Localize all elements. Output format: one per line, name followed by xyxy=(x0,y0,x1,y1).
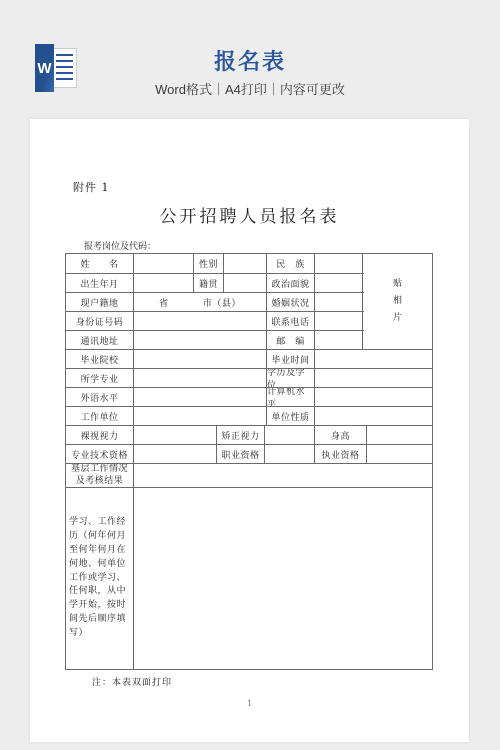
input-foreign-language[interactable] xyxy=(133,388,266,406)
table-row: 学习、工作经历（何年何月至何年何月在何地、何单位工作或学习、任何职，从中学开始，… xyxy=(66,487,432,669)
table-row: 身份证号码 联系电话 xyxy=(66,311,364,330)
city-county-label: 市（县） xyxy=(203,296,241,309)
label-computer-level: 计算机水平 xyxy=(266,388,314,406)
input-graduate-school[interactable] xyxy=(133,350,266,368)
label-mailing-address: 通讯地址 xyxy=(66,331,133,349)
label-grassroots-work: 基层工作情况及考核结果 xyxy=(66,464,133,487)
label-household-registration: 现户籍地 xyxy=(66,293,133,311)
label-foreign-language: 外语水平 xyxy=(66,388,133,406)
application-table: 姓 名 性别 民 族 出生年月 籍贯 政治面貌 现户籍地 省 市（县） xyxy=(65,253,433,670)
table-row: 专业技术资格 职业资格 执业资格 xyxy=(66,444,432,463)
input-work-unit[interactable] xyxy=(133,407,266,425)
table-upper-section: 姓 名 性别 民 族 出生年月 籍贯 政治面貌 现户籍地 省 市（县） xyxy=(66,254,364,349)
photo-cell[interactable]: 贴相片 xyxy=(362,254,432,349)
table-row: 所学专业 学历及学位 xyxy=(66,368,432,387)
label-work-unit: 工作单位 xyxy=(66,407,133,425)
table-row: 毕业院校 毕业时间 xyxy=(66,349,432,368)
form-title: 公开招聘人员报名表 xyxy=(30,202,469,227)
label-unit-type: 单位性质 xyxy=(266,407,314,425)
page-number: 1 xyxy=(30,699,469,708)
input-contact-phone[interactable] xyxy=(314,312,364,330)
document-page: 附件 1 公开招聘人员报名表 报考岗位及代码： 姓 名 性别 民 族 出生年月 … xyxy=(30,119,469,742)
input-unit-type[interactable] xyxy=(314,407,432,425)
table-lower-section: 毕业院校 毕业时间 所学专业 学历及学位 外语水平 计算机水平 工作单位 单位 xyxy=(66,349,432,669)
double-sided-note: 注：本表双面打印 xyxy=(92,675,172,688)
input-ethnicity[interactable] xyxy=(314,254,364,273)
label-practice-qualification: 执业资格 xyxy=(314,445,366,463)
label-id-number: 身份证号码 xyxy=(66,312,133,330)
input-marital-status[interactable] xyxy=(314,293,364,311)
input-mailing-address[interactable] xyxy=(133,331,266,349)
label-native-place: 籍贯 xyxy=(193,274,223,292)
input-naked-vision[interactable] xyxy=(133,426,216,444)
label-experience: 学习、工作经历（何年何月至何年何月在何地、何单位工作或学习、任何职，从中学开始，… xyxy=(66,488,133,669)
label-ethnicity: 民 族 xyxy=(266,254,314,273)
input-practice-qualification[interactable] xyxy=(366,445,432,463)
label-gender: 性别 xyxy=(193,254,223,273)
input-education-degree[interactable] xyxy=(314,369,432,387)
input-native-place[interactable] xyxy=(223,274,266,292)
position-code-label: 报考岗位及代码： xyxy=(84,239,156,252)
table-row: 外语水平 计算机水平 xyxy=(66,387,432,406)
label-name: 姓 名 xyxy=(66,254,133,273)
input-professional-qualification[interactable] xyxy=(133,445,216,463)
label-height: 身高 xyxy=(314,426,366,444)
label-marital-status: 婚姻状况 xyxy=(266,293,314,311)
label-contact-phone: 联系电话 xyxy=(266,312,314,330)
input-postal-code[interactable] xyxy=(314,331,364,349)
attachment-label: 附件 1 xyxy=(73,179,110,195)
table-row: 姓 名 性别 民 族 xyxy=(66,254,364,273)
input-vocational-qualification[interactable] xyxy=(264,445,314,463)
template-title: 报名表 xyxy=(0,45,500,76)
label-education-degree: 学历及学位 xyxy=(266,369,314,387)
table-row: 出生年月 籍贯 政治面貌 xyxy=(66,273,364,292)
input-experience[interactable] xyxy=(133,488,432,669)
province-label: 省 xyxy=(159,296,169,309)
label-professional-qualification: 专业技术资格 xyxy=(66,445,133,463)
input-gender[interactable] xyxy=(223,254,266,273)
label-major: 所学专业 xyxy=(66,369,133,387)
input-id-number[interactable] xyxy=(133,312,266,330)
label-graduate-school: 毕业院校 xyxy=(66,350,133,368)
table-row: 工作单位 单位性质 xyxy=(66,406,432,425)
label-naked-vision: 裸视视力 xyxy=(66,426,133,444)
input-height[interactable] xyxy=(366,426,432,444)
template-subtitle: Word格式｜A4打印｜内容可更改 xyxy=(0,79,500,98)
label-postal-code: 邮 编 xyxy=(266,331,314,349)
label-vocational-qualification: 职业资格 xyxy=(216,445,264,463)
input-name[interactable] xyxy=(133,254,193,273)
preview-header: W 报名表 Word格式｜A4打印｜内容可更改 xyxy=(0,0,500,119)
input-grassroots-work[interactable] xyxy=(133,464,432,487)
input-graduation-time[interactable] xyxy=(314,350,432,368)
table-row: 裸视视力 矫正视力 身高 xyxy=(66,425,432,444)
label-political-status: 政治面貌 xyxy=(266,274,314,292)
input-birth-date[interactable] xyxy=(133,274,193,292)
table-row: 通讯地址 邮 编 xyxy=(66,330,364,349)
label-birth-date: 出生年月 xyxy=(66,274,133,292)
input-household-registration[interactable]: 省 市（县） xyxy=(133,293,266,311)
input-major[interactable] xyxy=(133,369,266,387)
table-row: 现户籍地 省 市（县） 婚姻状况 xyxy=(66,292,364,311)
input-computer-level[interactable] xyxy=(314,388,432,406)
label-corrected-vision: 矫正视力 xyxy=(216,426,264,444)
input-corrected-vision[interactable] xyxy=(264,426,314,444)
label-graduation-time: 毕业时间 xyxy=(266,350,314,368)
photo-label: 贴相片 xyxy=(393,276,403,327)
table-row: 基层工作情况及考核结果 xyxy=(66,463,432,487)
input-political-status[interactable] xyxy=(314,274,364,292)
